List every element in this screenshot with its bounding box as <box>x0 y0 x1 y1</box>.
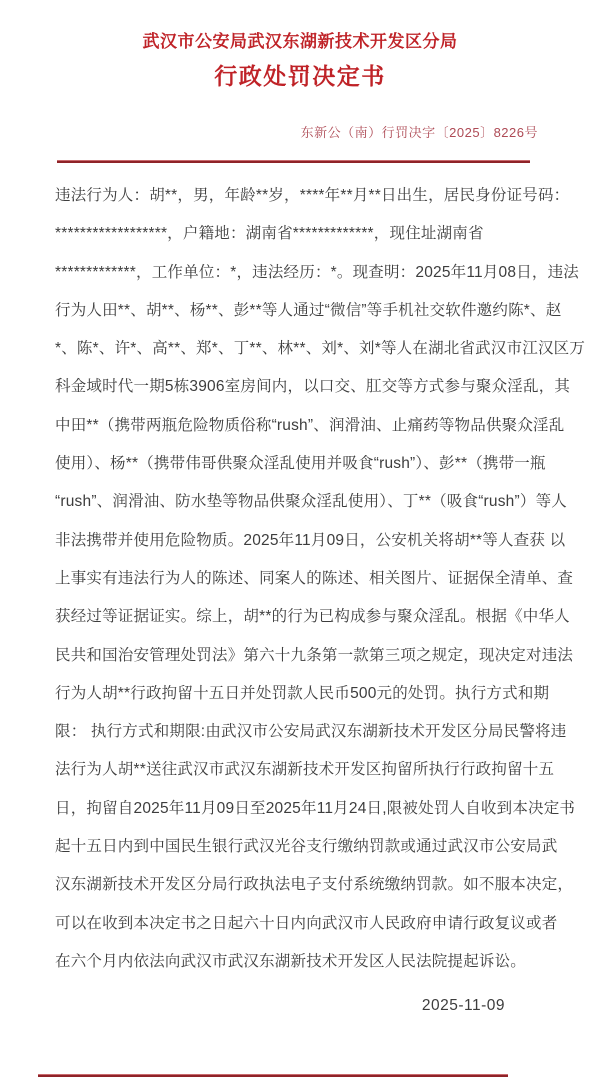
footer-divider <box>38 1074 508 1077</box>
body-line: 行为人田**、胡**、杨**、彭**等人通过“微信”等手机社交软件邀约陈*、赵 <box>55 292 550 330</box>
body-line: 科金域时代一期5栋3906室房间内，以口交、肛交等方式参与聚众淫乱，其 <box>55 368 550 406</box>
penalty-decision-document: 武汉市公安局武汉东湖新技术开发区分局 行政处罚决定书 东新公（南）行罚决字〔20… <box>0 0 600 1082</box>
body-line: 日，拘留自2025年11月09日至2025年11月24日,限被处罚人自收到本决定… <box>55 790 550 828</box>
body-line: 在六个月内依法向武汉市武汉东湖新技术开发区人民法院提起诉讼。 <box>55 943 550 981</box>
body-line: 获经过等证据证实。综上，胡**的行为已构成参与聚众淫乱。根据《中华人 <box>55 598 550 636</box>
body-line: 起十五日内到中国民生银行武汉光谷支行缴纳罚款或通过武汉市公安局武 <box>55 828 550 866</box>
body-line: *、陈*、许*、高**、郑*、丁**、林**、刘*、刘*等人在湖北省武汉市江汉区… <box>55 330 550 368</box>
body-line: 上事实有违法行为人的陈述、同案人的陈述、相关图片、证据保全清单、查 <box>55 560 550 598</box>
body-line: 限： 执行方式和期限:由武汉市公安局武汉东湖新技术开发区分局民警将违 <box>55 713 550 751</box>
body-line: *************，工作单位：*，违法经历：*。现查明：2025年11月… <box>55 254 550 292</box>
issue-date: 2025-11-09 <box>422 997 505 1015</box>
body-text: 违法行为人：胡**，男，年龄**岁，****年**月**日出生，居民身份证号码：… <box>55 177 550 981</box>
body-line: 中田**（携带两瓶危险物质俗称“rush”、润滑油、止痛药等物品供聚众淫乱 <box>55 407 550 445</box>
body-line: 可以在收到本决定书之日起六十日内向武汉市人民政府申请行政复议或者 <box>55 905 550 943</box>
body-line: ******************，户籍地：湖南省*************，… <box>55 215 550 253</box>
header-divider <box>57 160 530 163</box>
agency-name: 武汉市公安局武汉东湖新技术开发区分局 <box>0 27 600 52</box>
body-line: 使用）、杨**（携带伟哥供聚众淫乱使用并吸食“rush”）、彭**（携带一瓶 <box>55 445 550 483</box>
body-line: 违法行为人：胡**，男，年龄**岁，****年**月**日出生，居民身份证号码： <box>55 177 550 215</box>
body-line: 民共和国治安管理处罚法》第六十九条第一款第三项之规定，现决定对违法 <box>55 637 550 675</box>
document-number: 东新公（南）行罚决字〔2025〕8226号 <box>301 122 538 141</box>
document-title: 行政处罚决定书 <box>0 58 600 91</box>
body-line: 汉东湖新技术开发区分局行政执法电子支付系统缴纳罚款。如不服本决定， <box>55 866 550 904</box>
body-line: 法行为人胡**送往武汉市武汉东湖新技术开发区拘留所执行行政拘留十五 <box>55 751 550 789</box>
body-line: 非法携带并使用危险物质。2025年11月09日，公安机关将胡**等人查获 以 <box>55 522 550 560</box>
body-line: 行为人胡**行政拘留十五日并处罚款人民币500元的处罚。执行方式和期 <box>55 675 550 713</box>
body-line: “rush”、润滑油、防水垫等物品供聚众淫乱使用）、丁**（吸食“rush”）等… <box>55 483 550 521</box>
